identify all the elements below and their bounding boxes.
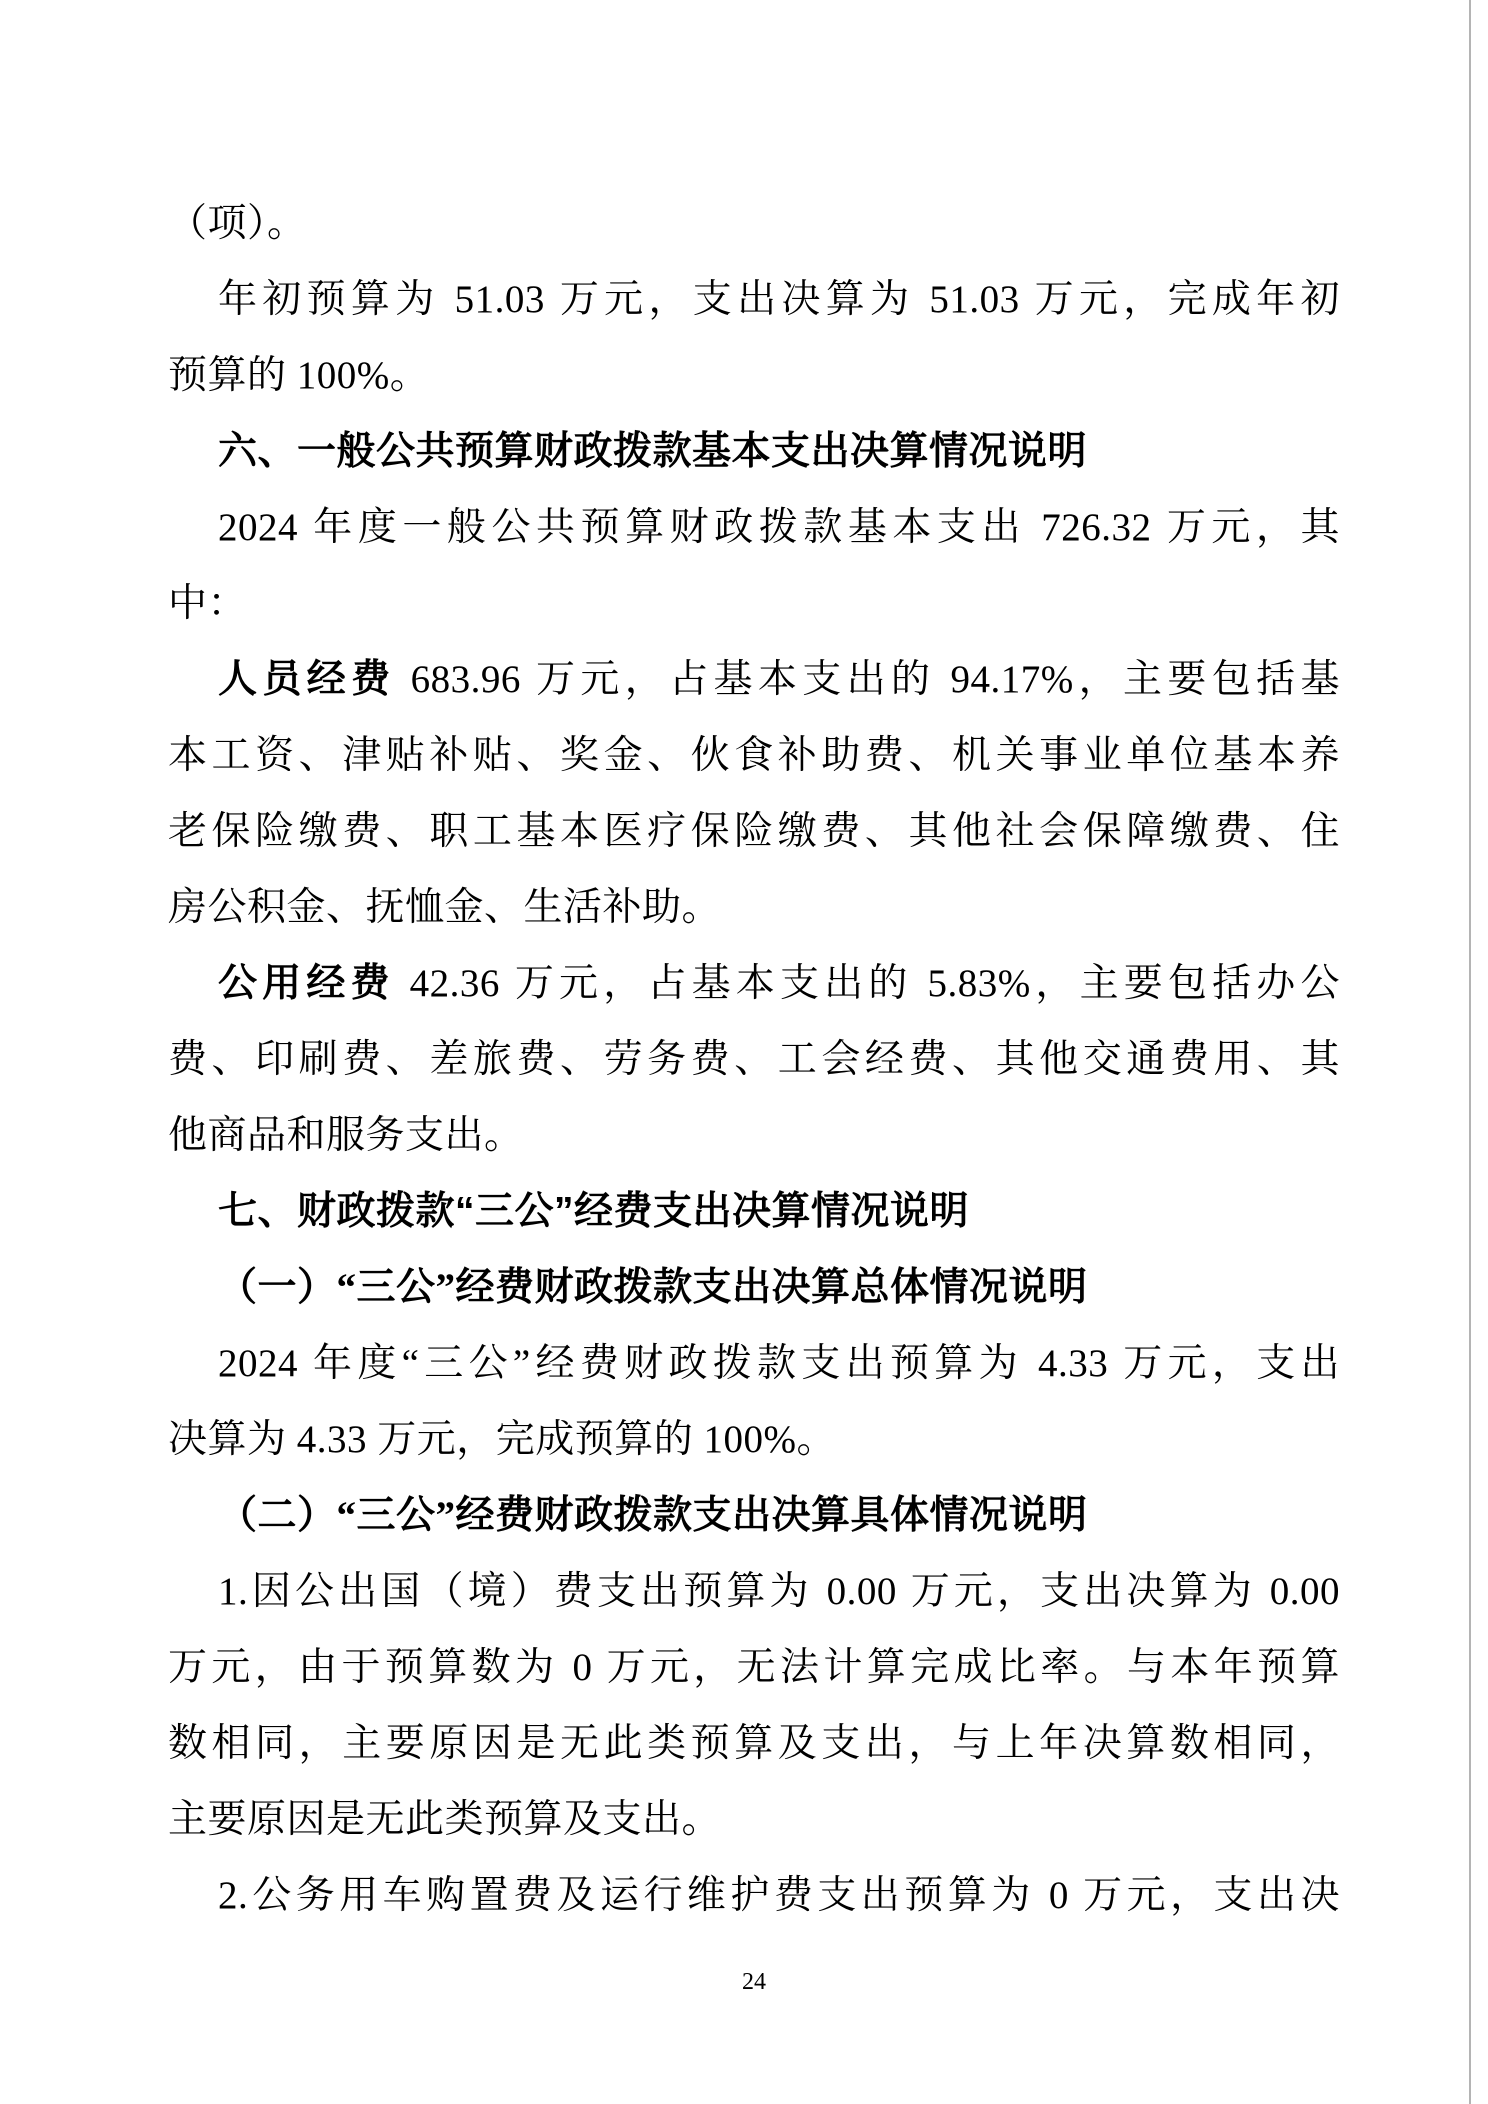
document-page: （项）。年初预算为 51.03 万元，支出决算为 51.03 万元，完成年初预算… — [0, 0, 1488, 2104]
text-line: 决算为 4.33 万元，完成预算的 100%。 — [168, 1402, 1340, 1478]
text-line: 他商品和服务支出。 — [168, 1098, 1340, 1174]
text-line: 主要原因是无此类预算及支出。 — [168, 1782, 1340, 1858]
text-line: （项）。 — [168, 186, 1340, 262]
text-line: 人员经费 683.96 万元，占基本支出的 94.17%，主要包括基 — [168, 642, 1340, 718]
text-line: 老保险缴费、职工基本医疗保险缴费、其他社会保障缴费、住 — [168, 794, 1340, 870]
text-line: 预算的 100%。 — [168, 338, 1340, 414]
page-edge-line — [1469, 0, 1471, 2104]
text-line: 房公积金、抚恤金、生活补助。 — [168, 870, 1340, 946]
heading-line: 七、财政拨款“三公”经费支出决算情况说明 — [168, 1174, 1340, 1250]
heading-line: （一）“三公”经费财政拨款支出决算总体情况说明 — [168, 1250, 1340, 1326]
text-line: 本工资、津贴补贴、奖金、伙食补助费、机关事业单位基本养 — [168, 718, 1340, 794]
text-line: 1.因公出国（境）费支出预算为 0.00 万元，支出决算为 0.00 — [168, 1554, 1340, 1630]
text-line: 2024 年度一般公共预算财政拨款基本支出 726.32 万元，其 — [168, 490, 1340, 566]
text-line: 中： — [168, 566, 1340, 642]
heading-line: （二）“三公”经费财政拨款支出决算具体情况说明 — [168, 1478, 1340, 1554]
text-line: 公用经费 42.36 万元，占基本支出的 5.83%，主要包括办公 — [168, 946, 1340, 1022]
heading-line: 六、一般公共预算财政拨款基本支出决算情况说明 — [168, 414, 1340, 490]
bold-lead: 公用经费 — [218, 962, 395, 1005]
page-number: 24 — [168, 1962, 1340, 2002]
document-body: （项）。年初预算为 51.03 万元，支出决算为 51.03 万元，完成年初预算… — [168, 186, 1340, 1934]
text-line: 2.公务用车购置费及运行维护费支出预算为 0 万元，支出决 — [168, 1858, 1340, 1934]
text-line: 费、印刷费、差旅费、劳务费、工会经费、其他交通费用、其 — [168, 1022, 1340, 1098]
text-line: 2024 年度“三公”经费财政拨款支出预算为 4.33 万元，支出 — [168, 1326, 1340, 1402]
text-line: 数相同，主要原因是无此类预算及支出，与上年决算数相同， — [168, 1706, 1340, 1782]
text-line: 万元，由于预算数为 0 万元，无法计算完成比率。与本年预算 — [168, 1630, 1340, 1706]
text-line: 年初预算为 51.03 万元，支出决算为 51.03 万元，完成年初 — [168, 262, 1340, 338]
bold-lead: 人员经费 — [218, 658, 396, 701]
